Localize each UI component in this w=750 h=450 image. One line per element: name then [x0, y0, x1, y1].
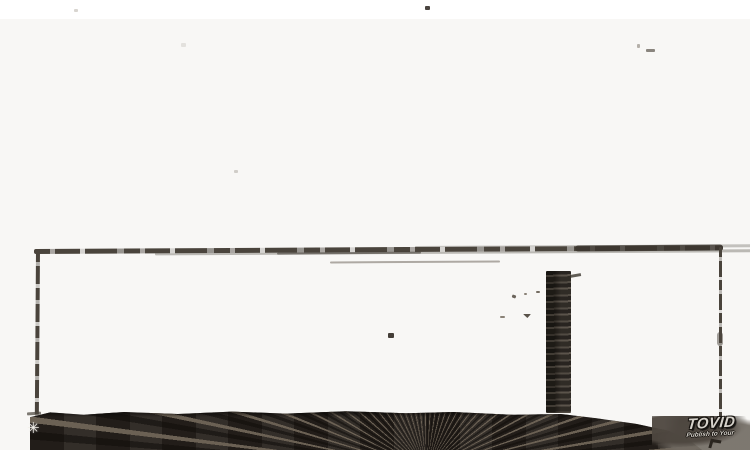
scan-speck	[425, 6, 430, 10]
pencil-mark	[523, 314, 531, 318]
scan-speck	[388, 333, 394, 338]
watermark: TOVID Publish to Your	[686, 414, 736, 439]
scan-top-white-strip	[0, 0, 750, 19]
scan-speck	[234, 170, 238, 173]
building-roofline-heavy-stroke	[575, 244, 723, 251]
building-bottom-left-tick	[27, 412, 41, 416]
building-right-wall-line	[719, 247, 722, 422]
building-roofline-shadow-line	[330, 261, 500, 264]
scan-speck	[74, 9, 78, 12]
scan-speck	[646, 49, 655, 52]
chimney	[546, 271, 571, 413]
scan-speck	[181, 43, 186, 47]
ground-hatching	[30, 410, 702, 450]
pencil-mark	[512, 294, 517, 298]
pencil-mark	[500, 316, 505, 318]
pencil-mark	[536, 291, 540, 293]
star-mark: ✳	[27, 421, 40, 436]
building-left-wall-line	[35, 250, 40, 417]
scan-speck	[637, 44, 640, 48]
scanned-sketch-canvas: ✳ TOVID Publish to Your	[0, 0, 750, 450]
pencil-mark	[524, 293, 527, 295]
